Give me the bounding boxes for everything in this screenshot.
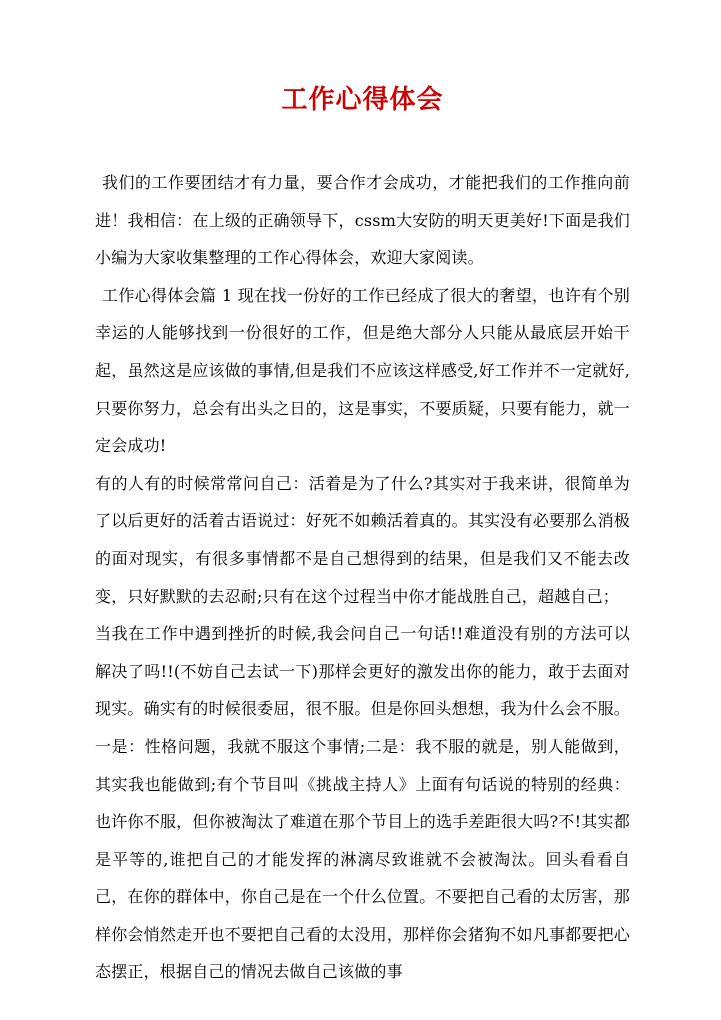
document-page: 工作心得体会 我们的工作要团结才有力量，要合作才会成功，才能把我们的工作推向前进… <box>0 0 721 1020</box>
paragraph: 有的人有的时候常常问自己：活着是为了什么?其实对于我来讲，很简单为了以后更好的活… <box>95 465 630 615</box>
document-body: 我们的工作要团结才有力量，要合作才会成功，才能把我们的工作推向前进！我相信：在上… <box>95 164 630 991</box>
paragraph: 我们的工作要团结才有力量，要合作才会成功，才能把我们的工作推向前进！我相信：在上… <box>95 164 630 277</box>
document-title: 工作心得体会 <box>95 82 630 118</box>
paragraph: 工作心得体会篇 1 现在找一份好的工作已经成了很大的奢望，也许有个别幸运的人能够… <box>95 277 630 465</box>
paragraph: 当我在工作中遇到挫折的时候,我会问自己一句话!!难道没有别的方法可以解决了吗!!… <box>95 615 630 991</box>
